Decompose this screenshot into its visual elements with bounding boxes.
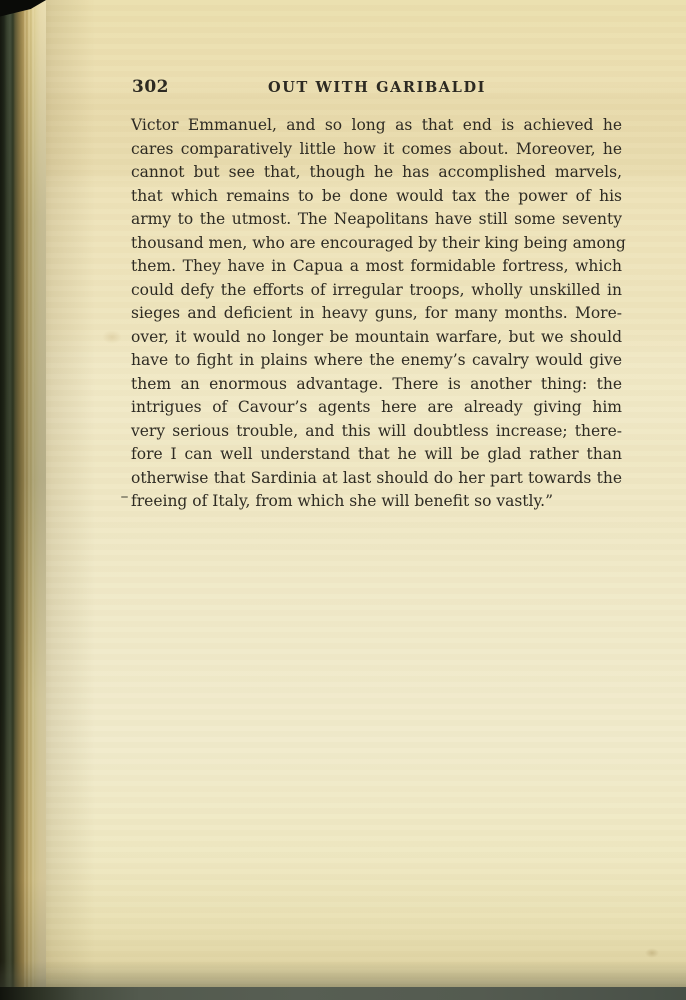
- book-scan: 302 OUT WITH GARIBALDI Victor Emmanuel, …: [0, 0, 686, 1000]
- text-line: fore I can well understand that he will …: [131, 443, 622, 467]
- page-header: 302 OUT WITH GARIBALDI: [132, 77, 622, 99]
- text-line: that which remains to be done would tax …: [131, 185, 622, 209]
- text-line: them an enormous advantage. There is ano…: [131, 373, 622, 397]
- running-title: OUT WITH GARIBALDI: [132, 79, 622, 96]
- text-line: sieges and deficient in heavy guns, for …: [131, 302, 622, 326]
- text-line: freeing of Italy, from which she will be…: [131, 490, 622, 514]
- text-line: have to fight in plains where the enemy’…: [131, 349, 622, 373]
- text-line: cannot but see that, though he has accom…: [131, 161, 622, 185]
- scan-speck: [121, 496, 128, 498]
- spine-shading: [0, 0, 46, 1000]
- page-body: Victor Emmanuel, and so long as that end…: [131, 114, 622, 514]
- text-line: Victor Emmanuel, and so long as that end…: [131, 114, 622, 138]
- text-line: cares comparatively little how it comes …: [131, 138, 622, 162]
- text-line: over, it would no longer be mountain war…: [131, 326, 622, 350]
- text-line: could defy the efforts of irregular troo…: [131, 279, 622, 303]
- text-line: otherwise that Sardinia at last should d…: [131, 467, 622, 491]
- text-line: them. They have in Capua a most formidab…: [131, 255, 622, 279]
- text-line: thousand men, who are encouraged by thei…: [131, 232, 622, 256]
- text-line: very serious trouble, and this will doub…: [131, 420, 622, 444]
- bottom-page-shadow: [0, 961, 686, 987]
- text-line: army to the utmost. The Neapolitans have…: [131, 208, 622, 232]
- scan-bottom-edge: [0, 987, 686, 1000]
- text-line: intrigues of Cavour’s agents here are al…: [131, 396, 622, 420]
